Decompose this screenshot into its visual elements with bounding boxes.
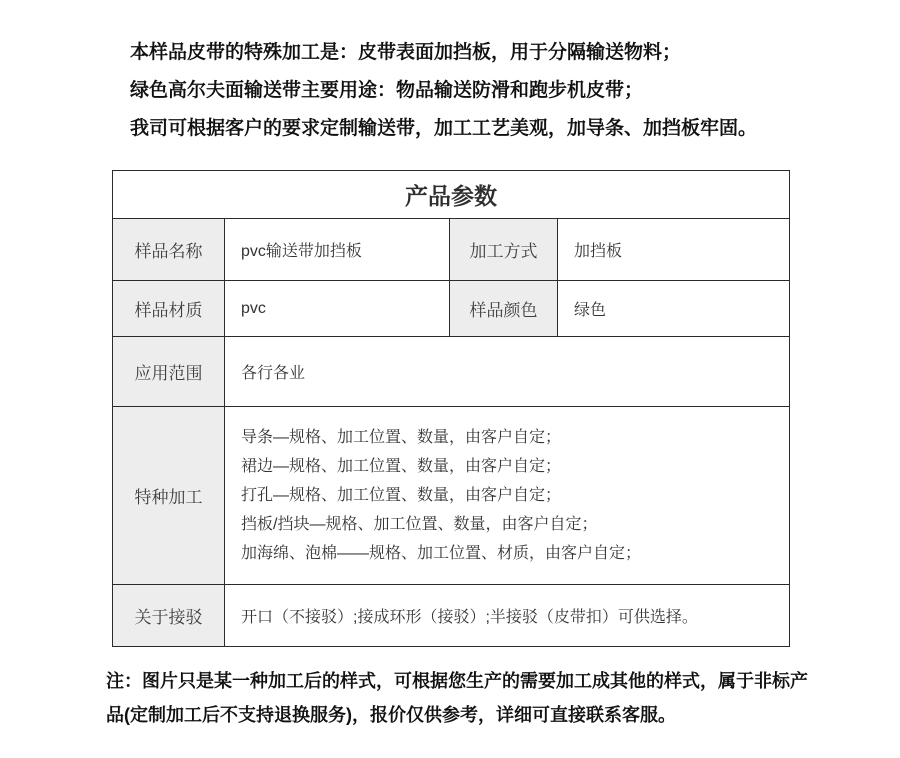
bottom-note: 注：图片只是某一种加工后的样式，可根据您生产的需要加工成其他的样式，属于非标产品…	[106, 664, 812, 732]
intro-line-3: 我司可根据客户的要求定制输送带，加工工艺美观，加导条、加挡板牢固。	[130, 110, 830, 148]
table-title-row: 产品参数	[113, 171, 790, 219]
sample-name-value: pvc输送带加挡板	[225, 219, 450, 281]
table-row: 样品材质 pvc 样品颜色 绿色	[113, 281, 790, 337]
intro-line-2: 绿色高尔夫面输送带主要用途：物品输送防滑和跑步机皮带；	[130, 72, 830, 110]
splicing-value: 开口（不接驳）;接成环形（接驳）;半接驳（皮带扣）可供选择。	[225, 585, 790, 647]
bottom-note-text: 注：图片只是某一种加工后的样式，可根据您生产的需要加工成其他的样式，属于非标产品…	[106, 664, 812, 732]
table-title: 产品参数	[113, 171, 790, 219]
intro-line-1: 本样品皮带的特殊加工是：皮带表面加挡板，用于分隔输送物料；	[130, 34, 830, 72]
sample-color-value: 绿色	[558, 281, 790, 337]
processing-method-value: 加挡板	[558, 219, 790, 281]
table-row: 特种加工 导条—规格、加工位置、数量，由客户自定； 裙边—规格、加工位置、数量，…	[113, 407, 790, 585]
application-scope-value: 各行各业	[225, 337, 790, 407]
application-scope-label: 应用范围	[113, 337, 225, 407]
table-row: 关于接驳 开口（不接驳）;接成环形（接驳）;半接驳（皮带扣）可供选择。	[113, 585, 790, 647]
processing-method-label: 加工方式	[450, 219, 558, 281]
special-processing-value: 导条—规格、加工位置、数量，由客户自定； 裙边—规格、加工位置、数量，由客户自定…	[225, 407, 790, 585]
intro-text: 本样品皮带的特殊加工是：皮带表面加挡板，用于分隔输送物料； 绿色高尔夫面输送带主…	[130, 34, 830, 148]
product-params-table: 产品参数 样品名称 pvc输送带加挡板 加工方式 加挡板 样品材质 pvc 样品…	[112, 170, 790, 647]
product-detail-page: 本样品皮带的特殊加工是：皮带表面加挡板，用于分隔输送物料； 绿色高尔夫面输送带主…	[0, 0, 900, 758]
special-processing-line-1: 导条—规格、加工位置、数量，由客户自定；	[241, 423, 788, 452]
table-row: 应用范围 各行各业	[113, 337, 790, 407]
special-processing-line-2: 裙边—规格、加工位置、数量，由客户自定；	[241, 452, 788, 481]
special-processing-line-4: 挡板/挡块—规格、加工位置、数量，由客户自定；	[241, 510, 788, 539]
sample-color-label: 样品颜色	[450, 281, 558, 337]
sample-material-value: pvc	[225, 281, 450, 337]
special-processing-line-5: 加海绵、泡棉——规格、加工位置、材质，由客户自定；	[241, 539, 788, 568]
special-processing-label: 特种加工	[113, 407, 225, 585]
splicing-label: 关于接驳	[113, 585, 225, 647]
sample-name-label: 样品名称	[113, 219, 225, 281]
special-processing-line-3: 打孔—规格、加工位置、数量，由客户自定；	[241, 481, 788, 510]
table-row: 样品名称 pvc输送带加挡板 加工方式 加挡板	[113, 219, 790, 281]
sample-material-label: 样品材质	[113, 281, 225, 337]
